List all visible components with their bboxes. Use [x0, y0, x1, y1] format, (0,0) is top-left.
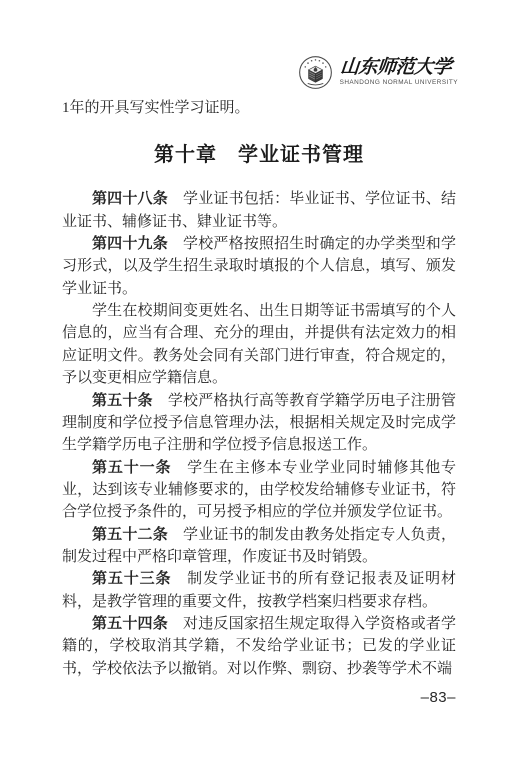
article-number: 第五十四条: [92, 616, 168, 632]
document-paragraph: 第五十三条 制发学业证书的所有登记报表及证明材料，是教学管理的重要文件，按教学档…: [62, 568, 456, 613]
document-body: 第四十八条 学业证书包括：毕业证书、学位证书、结业证书、辅修证书、肄业证书等。第…: [62, 188, 456, 680]
university-seal-icon: [298, 54, 333, 91]
document-paragraph: 学生在校期间变更姓名、出生日期等证书需填写的个人信息的，应当有合理、充分的理由，…: [62, 300, 456, 389]
document-paragraph: 第五十二条 学业证书的制发由教务处指定专人负责，制发过程中严格印章管理，作废证书…: [62, 524, 456, 569]
university-name-block: 山东师范大学 SHANDONG NORMAL UNIVERSITY: [340, 58, 458, 87]
university-logo: 山东师范大学 SHANDONG NORMAL UNIVERSITY: [298, 54, 458, 91]
article-number: 第四十九条: [92, 236, 168, 252]
document-content: 1年的开具写实性学习证明。 第十章 学业证书管理 第四十八条 学业证书包括：毕业…: [62, 97, 456, 680]
page-number: –83–: [421, 689, 456, 706]
document-paragraph: 第四十八条 学业证书包括：毕业证书、学位证书、结业证书、辅修证书、肄业证书等。: [62, 188, 456, 233]
article-number: 第五十二条: [92, 527, 168, 543]
university-name-zh: 山东师范大学: [339, 58, 452, 78]
article-number: 第四十八条: [92, 191, 168, 207]
article-number: 第五十一条: [92, 460, 171, 476]
article-number: 第五十条: [92, 393, 153, 409]
university-name-en: SHANDONG NORMAL UNIVERSITY: [340, 79, 458, 87]
document-page: 山东师范大学 SHANDONG NORMAL UNIVERSITY 1年的开具写…: [0, 0, 525, 768]
continuation-line: 1年的开具写实性学习证明。: [62, 97, 456, 119]
document-paragraph: 第五十一条 学生在主修本专业学业同时辅修其他专业，达到该专业辅修要求的，由学校发…: [62, 457, 456, 524]
article-number: 第五十三条: [92, 571, 171, 587]
document-paragraph: 第五十四条 对违反国家招生规定取得入学资格或者学籍的，学校取消其学籍，不发给学业…: [62, 613, 456, 680]
document-paragraph: 第四十九条 学校严格按照招生时确定的办学类型和学习形式，以及学生招生录取时填报的…: [62, 233, 456, 300]
chapter-heading: 第十章 学业证书管理: [62, 141, 456, 169]
document-paragraph: 第五十条 学校严格执行高等教育学籍学历电子注册管理制度和学位授予信息管理办法，根…: [62, 390, 456, 457]
